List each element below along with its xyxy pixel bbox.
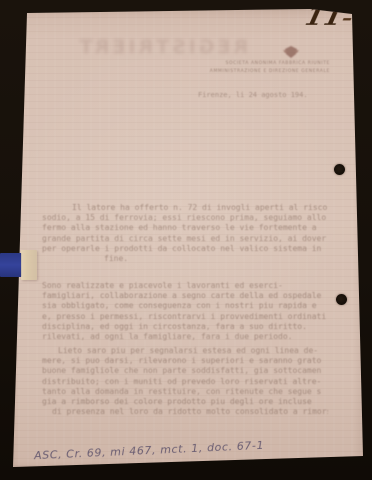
punch-hole-bottom: [336, 294, 347, 305]
typed-line: sodio, a 15 di ferrovia; essi riescono p…: [42, 213, 328, 223]
photo-frame: REGISTRIERT SOCIETA ANONIMA FABBRICA RIU…: [0, 0, 372, 480]
typed-line: e, presso i permessi, riscontrarvi i pro…: [42, 312, 328, 322]
crest-emblem-icon: [283, 45, 299, 59]
dash-stroke: –: [339, 6, 355, 30]
typed-line: famigliari, collaborazione a segno carte…: [42, 291, 328, 301]
index-tab-paper-part: [21, 250, 37, 280]
typed-paragraph-3-illegible: Lieto saro piu per segnalarsi estesa ed …: [42, 346, 328, 417]
typed-paragraph-1-illegible: Il latore ha offerto n. 72 di invogli ap…: [42, 203, 328, 264]
typed-line: sia obbligato, come conseguenza con i no…: [42, 301, 328, 311]
typed-line: Sono realizzate e piacevole i lavoranti …: [42, 281, 328, 291]
typed-line: Lieto saro piu per segnalarsi estesa ed …: [42, 346, 328, 356]
typed-line: grande partita di circa sette mesi ed in…: [42, 234, 328, 244]
typed-line: buone famigliole che non parte soddisfat…: [42, 366, 328, 376]
handwritten-page-number: 11–: [302, 2, 369, 31]
typed-line: per operarle i prodotti da collocato nel…: [42, 244, 328, 254]
blue-index-tab: [0, 253, 22, 277]
typed-line: mere, si puo darsi, rilevarono i superio…: [42, 356, 328, 366]
punch-hole-top: [334, 164, 345, 175]
ghost-bleedthrough-text: REGISTRIERT: [58, 36, 248, 62]
typed-line: Il latore ha offerto n. 72 di invogli ap…: [42, 203, 328, 213]
typed-line: gia a rimborso dei colore prodotto piu d…: [42, 397, 328, 407]
typed-line: di presenza nel loro da ridotto molto co…: [52, 407, 328, 417]
typed-line: fermo alla stazione ed hanno traverso le…: [42, 223, 328, 233]
typed-line: tanto alla domanda in restituire, con ri…: [42, 387, 328, 397]
typed-paragraph-2-illegible: Sono realizzate e piacevole i lavoranti …: [42, 281, 328, 342]
typed-line: fine.: [104, 254, 328, 264]
typed-line: distribuito; con i muniti od prevedo lor…: [42, 377, 328, 387]
typed-line: disciplina, ed oggi in circostanza, fara…: [42, 322, 328, 332]
letterhead-printed-line-illegible: AMMINISTRAZIONE E DIREZIONE GENERALE: [210, 69, 330, 74]
typed-line: rilevati, ad ogni la famigliare, fara i …: [42, 332, 328, 342]
typed-dateline-illegible: Firenze, li 24 agosto 194.: [198, 91, 334, 99]
letter-paper: REGISTRIERT SOCIETA ANONIMA FABBRICA RIU…: [0, 0, 372, 480]
letterhead-printed-line-illegible: SOCIETA ANONIMA FABBRICA RIUNITE: [226, 61, 330, 66]
